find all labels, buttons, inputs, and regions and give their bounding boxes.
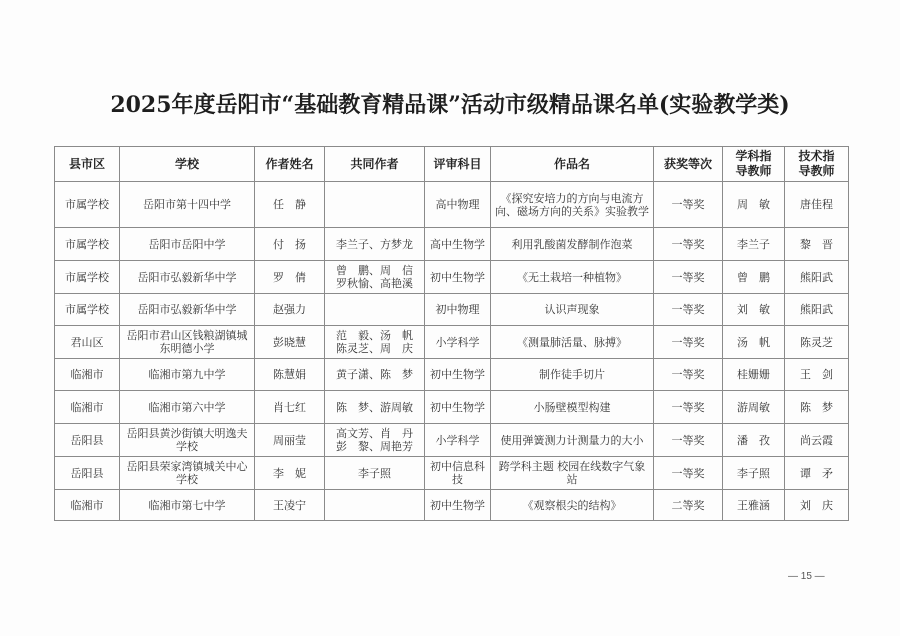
school-cell: 岳阳市弘毅新华中学	[120, 261, 255, 294]
subject-cell: 高中生物学	[425, 228, 491, 261]
work-cell: 跨学科主题 校园在线数字气象站	[491, 457, 654, 490]
tech-mentor-cell: 刘 庆	[785, 490, 849, 521]
header-school: 学校	[120, 147, 255, 182]
subject-mentor-cell: 周 敏	[723, 182, 785, 228]
district-cell: 临湘市	[55, 359, 120, 391]
co-authors-cell: 陈 梦、游周敏	[325, 391, 425, 424]
work-cell: 制作徒手切片	[491, 359, 654, 391]
header-author: 作者姓名	[255, 147, 325, 182]
author-cell: 罗 倩	[255, 261, 325, 294]
award-cell: 一等奖	[654, 326, 723, 359]
subject-mentor-cell: 李兰子	[723, 228, 785, 261]
school-cell: 岳阳县荣家湾镇城关中心学校	[120, 457, 255, 490]
subject-cell: 小学科学	[425, 424, 491, 457]
table-row: 临湘市临湘市第九中学陈慧娟黄子潇、陈 梦初中生物学制作徒手切片一等奖桂姗姗王 剑	[55, 359, 849, 391]
subject-mentor-cell: 曾 鹏	[723, 261, 785, 294]
subject-cell: 初中生物学	[425, 359, 491, 391]
table-row: 君山区岳阳市君山区钱粮湖镇城东明德小学彭晓慧范 毅、汤 帆 陈灵芝、周 庆小学科…	[55, 326, 849, 359]
award-cell: 一等奖	[654, 261, 723, 294]
school-cell: 岳阳县黄沙街镇大明逸夫学校	[120, 424, 255, 457]
tech-mentor-cell: 王 剑	[785, 359, 849, 391]
subject-cell: 初中信息科技	[425, 457, 491, 490]
header-work: 作品名	[491, 147, 654, 182]
tech-mentor-cell: 陈灵芝	[785, 326, 849, 359]
award-list-table: 县市区 学校 作者姓名 共同作者 评审科目 作品名 获奖等次 学科指导教师 技术…	[54, 146, 849, 521]
author-cell: 赵强力	[255, 294, 325, 326]
author-cell: 李 妮	[255, 457, 325, 490]
school-cell: 临湘市第七中学	[120, 490, 255, 521]
subject-mentor-cell: 王雅涵	[723, 490, 785, 521]
district-cell: 岳阳县	[55, 457, 120, 490]
co-authors-cell: 李兰子、方梦龙	[325, 228, 425, 261]
subject-mentor-cell: 潘 孜	[723, 424, 785, 457]
work-cell: 《无土栽培一种植物》	[491, 261, 654, 294]
co-authors-cell	[325, 294, 425, 326]
award-cell: 二等奖	[654, 490, 723, 521]
table-row: 临湘市临湘市第七中学王凌宁初中生物学《观察根尖的结构》二等奖王雅涵刘 庆	[55, 490, 849, 521]
author-cell: 付 扬	[255, 228, 325, 261]
table-header-row: 县市区 学校 作者姓名 共同作者 评审科目 作品名 获奖等次 学科指导教师 技术…	[55, 147, 849, 182]
author-cell: 王凌宁	[255, 490, 325, 521]
co-authors-cell: 李子照	[325, 457, 425, 490]
document-title: 2025年度岳阳市“基础教育精品课”活动市级精品课名单(实验教学类)	[0, 88, 900, 119]
work-cell: 《测量肺活量、脉搏》	[491, 326, 654, 359]
award-cell: 一等奖	[654, 391, 723, 424]
work-cell: 使用弹簧测力计测量力的大小	[491, 424, 654, 457]
district-cell: 临湘市	[55, 391, 120, 424]
district-cell: 市属学校	[55, 261, 120, 294]
author-cell: 周丽莹	[255, 424, 325, 457]
subject-cell: 初中生物学	[425, 391, 491, 424]
page-number: — 15 —	[788, 571, 825, 582]
award-cell: 一等奖	[654, 182, 723, 228]
subject-cell: 初中生物学	[425, 261, 491, 294]
co-authors-cell: 范 毅、汤 帆 陈灵芝、周 庆	[325, 326, 425, 359]
district-cell: 君山区	[55, 326, 120, 359]
work-cell: 利用乳酸菌发酵制作泡菜	[491, 228, 654, 261]
tech-mentor-cell: 唐佳程	[785, 182, 849, 228]
school-cell: 临湘市第六中学	[120, 391, 255, 424]
award-cell: 一等奖	[654, 424, 723, 457]
co-authors-cell: 曾 鹏、周 信 罗秋愉、高艳溪	[325, 261, 425, 294]
tech-mentor-cell: 尚云霞	[785, 424, 849, 457]
award-cell: 一等奖	[654, 457, 723, 490]
tech-mentor-cell: 陈 梦	[785, 391, 849, 424]
header-co-authors: 共同作者	[325, 147, 425, 182]
subject-cell: 小学科学	[425, 326, 491, 359]
table-row: 岳阳县岳阳县荣家湾镇城关中心学校李 妮李子照初中信息科技跨学科主题 校园在线数字…	[55, 457, 849, 490]
school-cell: 岳阳市君山区钱粮湖镇城东明德小学	[120, 326, 255, 359]
author-cell: 任 静	[255, 182, 325, 228]
author-cell: 陈慧娟	[255, 359, 325, 391]
table-row: 岳阳县岳阳县黄沙街镇大明逸夫学校周丽莹高文芳、肖 丹 彭 黎、周艳芳小学科学使用…	[55, 424, 849, 457]
subject-mentor-cell: 李子照	[723, 457, 785, 490]
award-cell: 一等奖	[654, 294, 723, 326]
author-cell: 肖七红	[255, 391, 325, 424]
subject-cell: 初中生物学	[425, 490, 491, 521]
subject-mentor-cell: 游周敏	[723, 391, 785, 424]
tech-mentor-cell: 谭 矛	[785, 457, 849, 490]
author-cell: 彭晓慧	[255, 326, 325, 359]
school-cell: 岳阳市岳阳中学	[120, 228, 255, 261]
subject-cell: 初中物理	[425, 294, 491, 326]
subject-mentor-cell: 刘 敏	[723, 294, 785, 326]
district-cell: 市属学校	[55, 294, 120, 326]
tech-mentor-cell: 熊阳武	[785, 261, 849, 294]
work-cell: 《探究安培力的方向与电流方向、磁场方向的关系》实验教学	[491, 182, 654, 228]
subject-cell: 高中物理	[425, 182, 491, 228]
header-district: 县市区	[55, 147, 120, 182]
school-cell: 岳阳市弘毅新华中学	[120, 294, 255, 326]
district-cell: 市属学校	[55, 182, 120, 228]
work-cell: 认识声现象	[491, 294, 654, 326]
work-cell: 《观察根尖的结构》	[491, 490, 654, 521]
header-award: 获奖等次	[654, 147, 723, 182]
header-tech-mentor: 技术指导教师	[785, 147, 849, 182]
co-authors-cell: 黄子潇、陈 梦	[325, 359, 425, 391]
table-row: 市属学校岳阳市弘毅新华中学罗 倩曾 鹏、周 信 罗秋愉、高艳溪初中生物学《无土栽…	[55, 261, 849, 294]
tech-mentor-cell: 黎 晋	[785, 228, 849, 261]
table-row: 市属学校岳阳市岳阳中学付 扬李兰子、方梦龙高中生物学利用乳酸菌发酵制作泡菜一等奖…	[55, 228, 849, 261]
district-cell: 市属学校	[55, 228, 120, 261]
award-cell: 一等奖	[654, 228, 723, 261]
table-row: 临湘市临湘市第六中学肖七红陈 梦、游周敏初中生物学小肠壁模型构建一等奖游周敏陈 …	[55, 391, 849, 424]
work-cell: 小肠壁模型构建	[491, 391, 654, 424]
district-cell: 岳阳县	[55, 424, 120, 457]
co-authors-cell	[325, 490, 425, 521]
table-row: 市属学校岳阳市第十四中学任 静高中物理《探究安培力的方向与电流方向、磁场方向的关…	[55, 182, 849, 228]
award-cell: 一等奖	[654, 359, 723, 391]
school-cell: 岳阳市第十四中学	[120, 182, 255, 228]
subject-mentor-cell: 汤 帆	[723, 326, 785, 359]
subject-mentor-cell: 桂姗姗	[723, 359, 785, 391]
co-authors-cell: 高文芳、肖 丹 彭 黎、周艳芳	[325, 424, 425, 457]
header-subject-mentor: 学科指导教师	[723, 147, 785, 182]
school-cell: 临湘市第九中学	[120, 359, 255, 391]
header-subject: 评审科目	[425, 147, 491, 182]
tech-mentor-cell: 熊阳武	[785, 294, 849, 326]
co-authors-cell	[325, 182, 425, 228]
district-cell: 临湘市	[55, 490, 120, 521]
table-row: 市属学校岳阳市弘毅新华中学赵强力初中物理认识声现象一等奖刘 敏熊阳武	[55, 294, 849, 326]
